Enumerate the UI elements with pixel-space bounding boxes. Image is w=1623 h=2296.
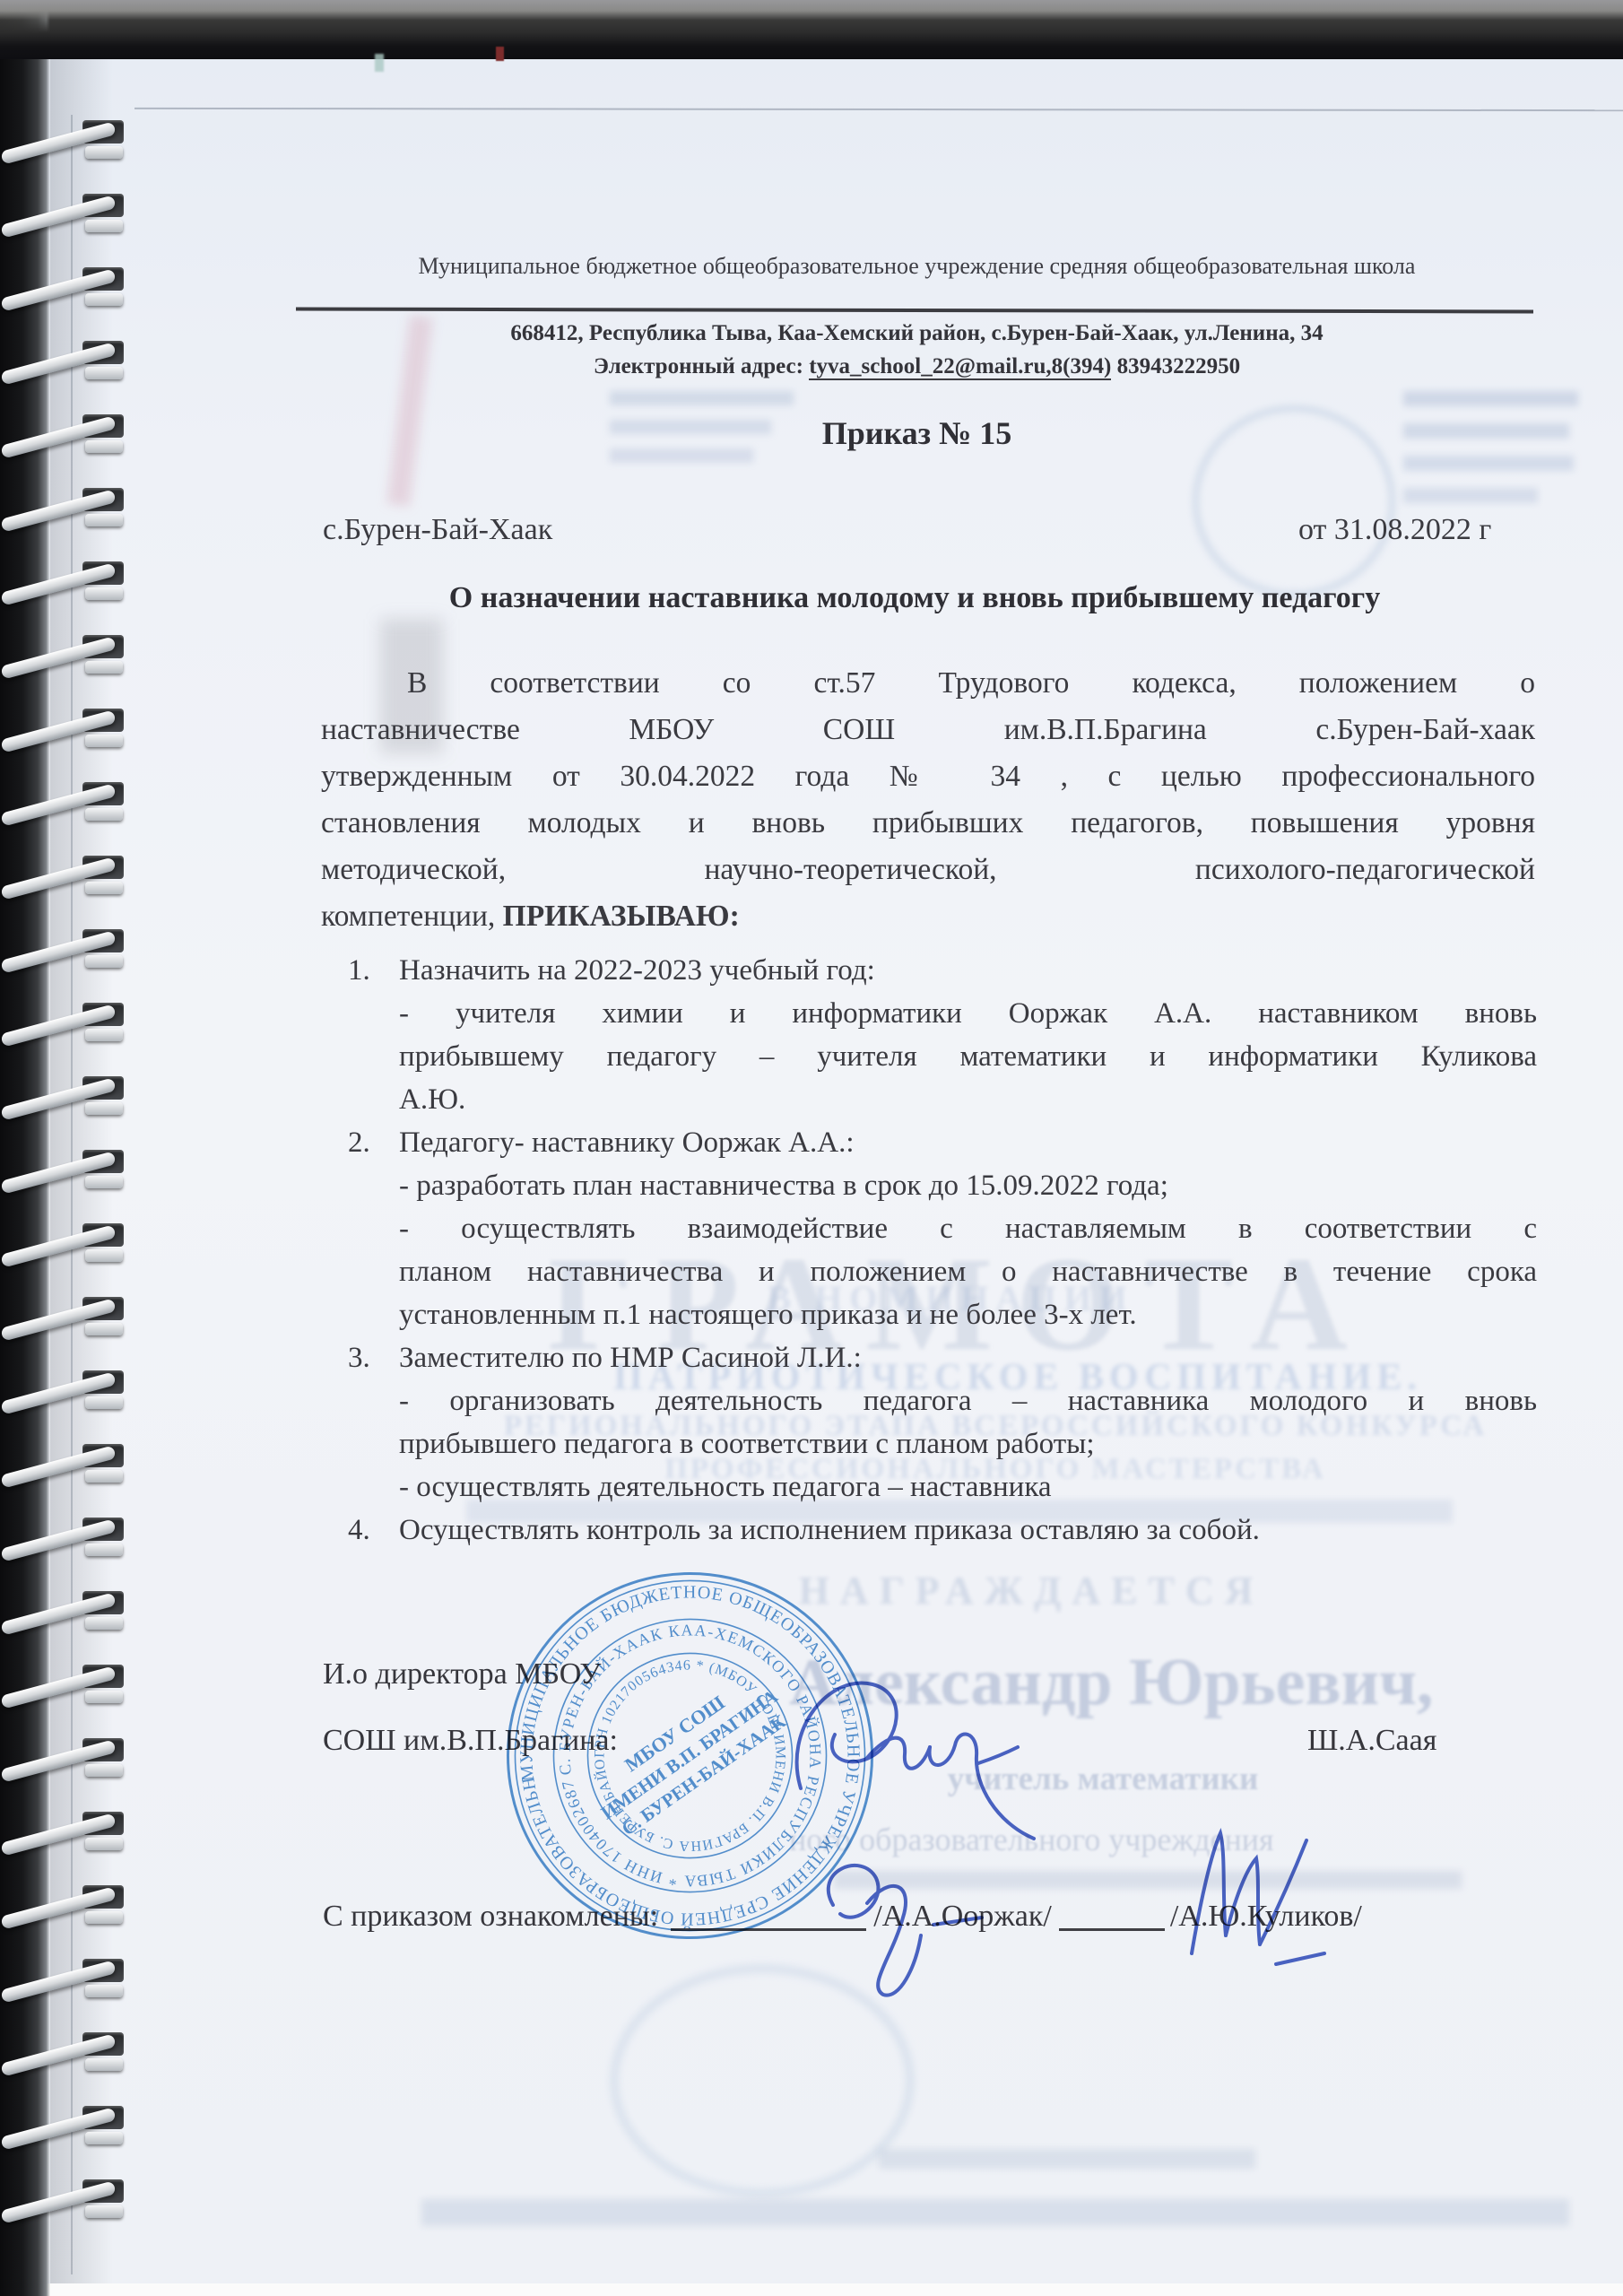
- preamble-line-last: компетенции, ПРИКАЗЫВАЮ:: [321, 893, 1535, 940]
- binding-coil: [0, 488, 135, 540]
- binding-coil: [0, 1370, 135, 1422]
- binding-coil: [0, 267, 135, 319]
- binding-coil: [0, 120, 135, 172]
- order-title: Приказ № 15: [296, 414, 1538, 452]
- binding-coil: [0, 1150, 135, 1202]
- signature-name: Ш.А.Саая: [1307, 1724, 1436, 1758]
- binding-coil: [0, 1223, 135, 1275]
- director-signature-ink: [767, 1652, 1072, 1854]
- oorzhak-signature-ink: [803, 1849, 1013, 2015]
- binding-coil: [0, 2106, 135, 2158]
- order-date: от 31.08.2022 г: [1298, 513, 1491, 547]
- email-link: tyva_school_22@mail.ru,8(394): [809, 354, 1111, 380]
- letterhead-email: Электронный адрес: tyva_school_22@mail.r…: [296, 354, 1538, 379]
- item-1-line: А.Ю.: [348, 1078, 1537, 1121]
- binding-coil: [0, 709, 135, 761]
- scan-top-edge: [0, 0, 1623, 59]
- binding-coil: [0, 1297, 135, 1349]
- binding-coil: [0, 341, 135, 393]
- scan-bottom-strip: [43, 2283, 1623, 2296]
- preamble-line: утвержденным от 30.04.2022 года № 34 , с…: [321, 753, 1535, 800]
- binding-coil: [0, 1518, 135, 1570]
- item-3-line: прибывшего педагога в соответствии с пла…: [348, 1422, 1537, 1465]
- bleedthrough-block-right-3: [1403, 456, 1574, 471]
- item-3-head: 3.Заместителю по НМР Сасиной Л.И.:: [348, 1336, 1537, 1379]
- item-2-line: установленным п.1 настоящего приказа и н…: [348, 1293, 1537, 1336]
- resolve-word: ПРИКАЗЫВАЮ:: [503, 900, 740, 933]
- binding-coil: [0, 1003, 135, 1055]
- item-1-line: - учителя химии и информатики Ооржак А.А…: [348, 992, 1537, 1035]
- spiral-binding: [0, 0, 152, 2296]
- bleedthrough-band-bottom: [421, 2199, 1569, 2226]
- order-place: с.Бурен-Бай-Хаак: [323, 513, 552, 547]
- item-3-line: - осуществлять деятельность педагога – н…: [348, 1465, 1537, 1509]
- item-2-head: 2.Педагогу- наставнику Ооржак А.А.:: [348, 1121, 1537, 1164]
- binding-coil: [0, 2179, 135, 2231]
- item-4-head: 4.Осуществлять контроль за исполнением п…: [348, 1509, 1537, 1552]
- binding-coil: [0, 1591, 135, 1643]
- bleedthrough-block-right-4: [1403, 488, 1538, 503]
- email-label: Электронный адрес:: [594, 354, 809, 378]
- bleedthrough-blob-bottom: [879, 2149, 1255, 2169]
- binding-coil: [0, 1076, 135, 1128]
- binding-coil: [0, 2032, 135, 2084]
- binding-coil: [0, 929, 135, 981]
- binding-coil: [0, 414, 135, 466]
- binding-coil: [0, 1812, 135, 1864]
- order-subject: О назначении наставника молодому и вновь…: [269, 581, 1560, 615]
- signature-blank-2: [1059, 1896, 1165, 1931]
- binding-coil: [0, 1885, 135, 1937]
- kulikov-signature-ink: [1170, 1817, 1354, 2010]
- scanned-document: ГРАМОТА В НОМИНАЦИИ ПАТРИОТИЧЕСКОЕ ВОСПИ…: [0, 0, 1623, 2296]
- letterhead-title: Муниципальное бюджетное общеобразователь…: [296, 253, 1538, 280]
- order-items: 1.Назначить на 2022-2023 учебный год: - …: [348, 949, 1537, 1552]
- binding-coil: [0, 561, 135, 613]
- item-1-line: прибывшему педагогу – учителя математики…: [348, 1035, 1537, 1078]
- binding-coil: [0, 856, 135, 908]
- binding-coil: [0, 1444, 135, 1496]
- binding-coil: [0, 1665, 135, 1717]
- bleedthrough-block-left-1: [610, 391, 794, 405]
- item-2-line: - разработать план наставничества в срок…: [348, 1164, 1537, 1207]
- binding-coil: [0, 635, 135, 687]
- letterhead-address: 668412, Республика Тыва, Каа-Хемский рай…: [296, 321, 1538, 346]
- cyan-speck: [375, 54, 384, 72]
- item-1-head: 1.Назначить на 2022-2023 учебный год:: [348, 949, 1537, 992]
- preamble-line: методической, научно-теоретической, псих…: [321, 847, 1535, 893]
- item-2-line: планом наставничества и положением о нас…: [348, 1250, 1537, 1293]
- bleedthrough-block-right-1: [1403, 391, 1578, 406]
- item-3-line: - организовать деятельность педагога – н…: [348, 1379, 1537, 1422]
- preamble-line: становления молодых и вновь прибывших пе…: [321, 800, 1535, 847]
- email-tail: 83943222950: [1111, 354, 1240, 378]
- preamble-line: В соответствии со ст.57 Трудового кодекс…: [321, 660, 1535, 707]
- binding-coil: [0, 782, 135, 834]
- binding-coil: [0, 194, 135, 246]
- order-preamble: В соответствии со ст.57 Трудового кодекс…: [321, 660, 1535, 940]
- binding-coil: [0, 1738, 135, 1790]
- preamble-line: наставничестве МБОУ СОШ им.В.П.Брагина с…: [321, 707, 1535, 753]
- binding-coil: [0, 1959, 135, 2011]
- red-speck: [496, 47, 504, 61]
- item-2-line: - осуществлять взаимодействие с наставля…: [348, 1207, 1537, 1250]
